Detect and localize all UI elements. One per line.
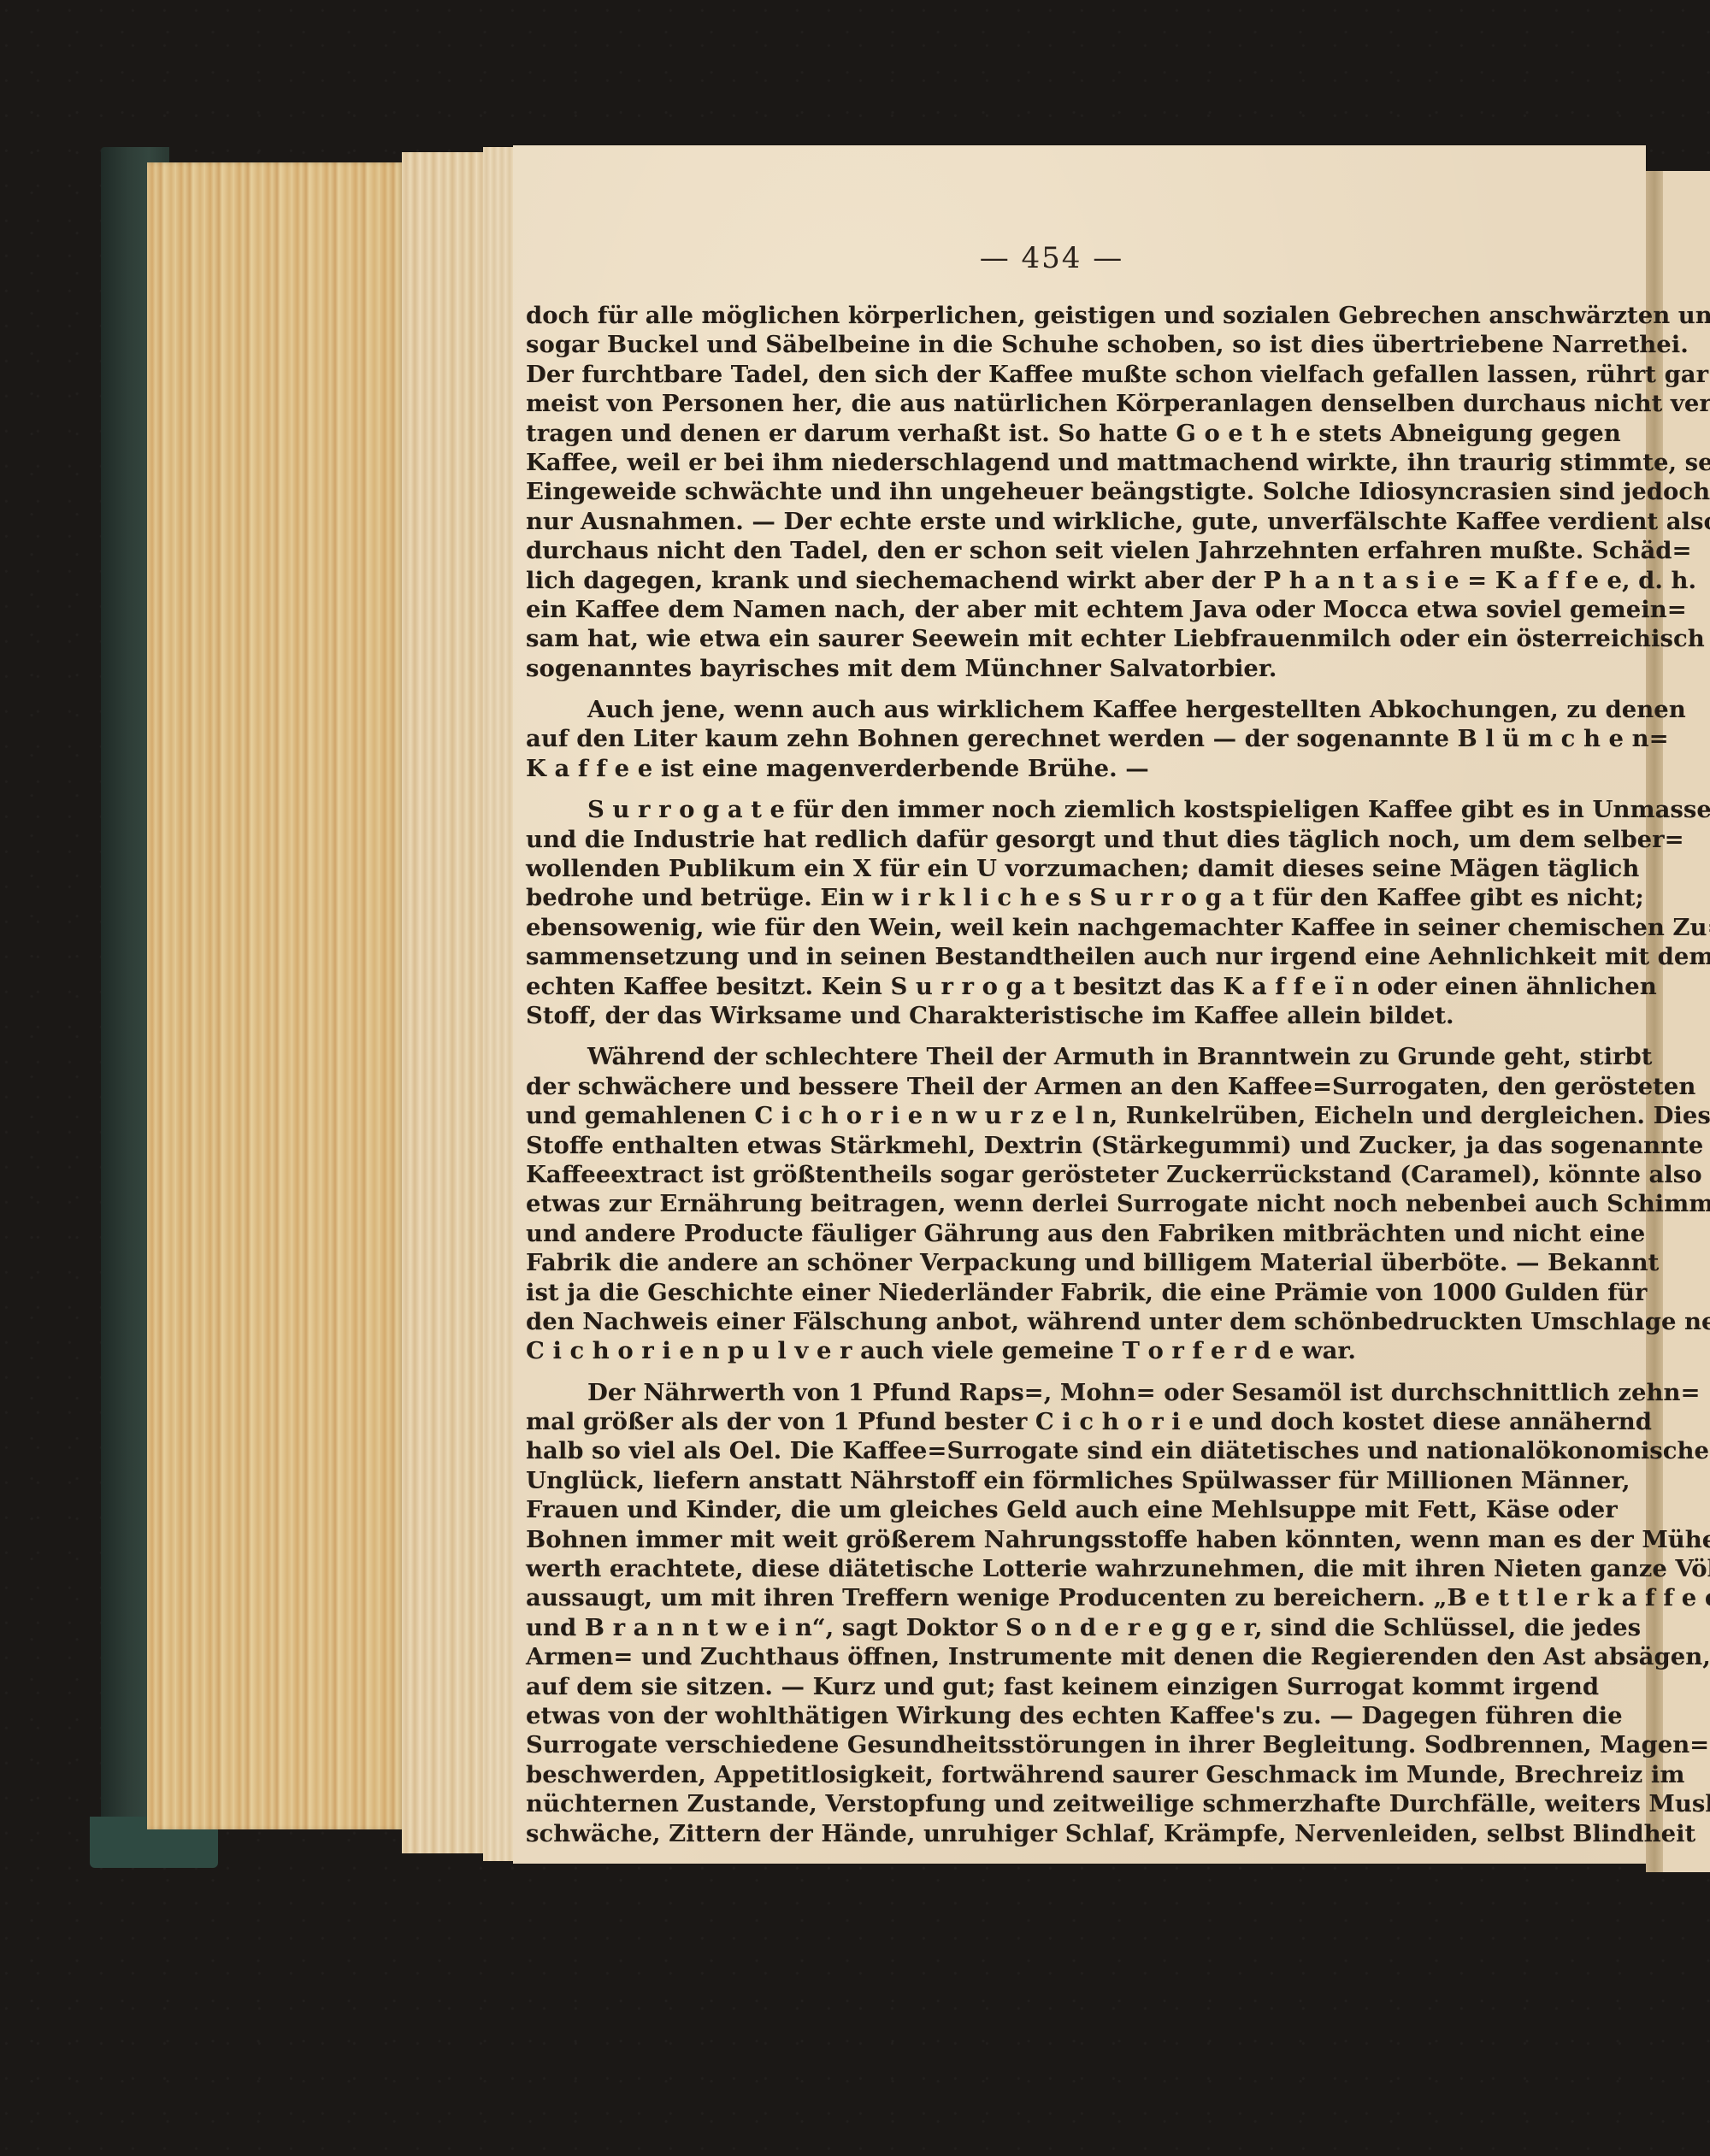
text-line: mal größer als der von 1 Pfund bester C … (526, 1407, 1590, 1436)
text-line: K a f f e e ist eine magenverderbende Br… (526, 754, 1590, 783)
text-line: S u r r o g a t e für den immer noch zie… (526, 795, 1590, 824)
page-edges-stack (147, 162, 404, 1829)
text-line: beschwerden, Appetitlosigkeit, fortwähre… (526, 1760, 1590, 1789)
text-line: den Nachweis einer Fälschung anbot, währ… (526, 1307, 1590, 1336)
text-line: sogenanntes bayrisches mit dem Münchner … (526, 654, 1590, 683)
text-line: der schwächere und bessere Theil der Arm… (526, 1072, 1590, 1101)
text-line: durchaus nicht den Tadel, den er schon s… (526, 536, 1590, 565)
text-line: meist von Personen her, die aus natürlic… (526, 389, 1590, 418)
text-line: etwas zur Ernährung beitragen, wenn derl… (526, 1189, 1590, 1218)
text-line: Kaffeeextract ist größtentheils sogar ge… (526, 1160, 1590, 1189)
text-line: und B r a n n t w e i n“, sagt Doktor S … (526, 1613, 1590, 1642)
text-line: Armen= und Zuchthaus öffnen, Instrumente… (526, 1642, 1590, 1671)
text-line: ist ja die Geschichte einer Niederländer… (526, 1278, 1590, 1307)
page-edges-stack-innermost (483, 147, 517, 1861)
paragraph-gap (526, 683, 1590, 695)
text-line: Der Nährwerth von 1 Pfund Raps=, Mohn= o… (526, 1378, 1590, 1407)
text-line: sogar Buckel und Säbelbeine in die Schuh… (526, 330, 1590, 359)
text-line: Eingeweide schwächte und ihn ungeheuer b… (526, 477, 1590, 506)
text-line: Auch jene, wenn auch aus wirklichem Kaff… (526, 695, 1590, 724)
text-line: sammensetzung und in seinen Bestandtheil… (526, 942, 1590, 971)
text-line: ein Kaffee dem Namen nach, der aber mit … (526, 595, 1590, 624)
text-line: etwas von der wohlthätigen Wirkung des e… (526, 1701, 1590, 1730)
text-line: ebensowenig, wie für den Wein, weil kein… (526, 913, 1590, 942)
text-line: echten Kaffee besitzt. Kein S u r r o g … (526, 972, 1590, 1001)
text-line: aussaugt, um mit ihren Treffern wenige P… (526, 1583, 1590, 1612)
text-line: schwäche, Zittern der Hände, unruhiger S… (526, 1819, 1590, 1848)
book-gutter (1646, 171, 1663, 1872)
paragraph-gap (526, 783, 1590, 795)
text-line: und andere Producte fäuliger Gährung aus… (526, 1219, 1590, 1248)
paragraph-gap (526, 1366, 1590, 1378)
paragraph: Der Nährwerth von 1 Pfund Raps=, Mohn= o… (526, 1378, 1590, 1848)
page-number: — 454 — (966, 241, 1137, 275)
text-line: Fabrik die andere an schöner Verpackung … (526, 1248, 1590, 1277)
text-line: halb so viel als Oel. Die Kaffee=Surroga… (526, 1436, 1590, 1465)
text-line: Unglück, liefern anstatt Nährstoff ein f… (526, 1466, 1590, 1495)
text-line: und die Industrie hat redlich dafür geso… (526, 825, 1590, 854)
text-line: lich dagegen, krank und siechemachend wi… (526, 566, 1590, 595)
paragraph: Auch jene, wenn auch aus wirklichem Kaff… (526, 695, 1590, 783)
text-line: Während der schlechtere Theil der Armuth… (526, 1042, 1590, 1071)
text-line: tragen und denen er darum verhaßt ist. S… (526, 419, 1590, 448)
text-line: Frauen und Kinder, die um gleiches Geld … (526, 1495, 1590, 1524)
text-line: und gemahlenen C i c h o r i e n w u r z… (526, 1101, 1590, 1130)
paragraph-gap (526, 1030, 1590, 1042)
text-line: Kaffee, weil er bei ihm niederschlagend … (526, 448, 1590, 477)
text-line: nüchternen Zustande, Verstopfung und zei… (526, 1789, 1590, 1818)
paragraph: Während der schlechtere Theil der Armuth… (526, 1042, 1590, 1365)
text-line: doch für alle möglichen körperlichen, ge… (526, 301, 1590, 330)
text-line: werth erachtete, diese diätetische Lotte… (526, 1554, 1590, 1583)
text-line: bedrohe und betrüge. Ein w i r k l i c h… (526, 883, 1590, 912)
text-line: C i c h o r i e n p u l v e r auch viele… (526, 1336, 1590, 1365)
text-line: Der furchtbare Tadel, den sich der Kaffe… (526, 360, 1590, 389)
paragraph: S u r r o g a t e für den immer noch zie… (526, 795, 1590, 1030)
text-line: auf den Liter kaum zehn Bohnen gerechnet… (526, 724, 1590, 753)
text-line: Stoff, der das Wirksame und Charakterist… (526, 1001, 1590, 1030)
paragraph: doch für alle möglichen körperlichen, ge… (526, 301, 1590, 683)
page-body-text: doch für alle möglichen körperlichen, ge… (526, 301, 1590, 1848)
text-line: Stoffe enthalten etwas Stärkmehl, Dextri… (526, 1131, 1590, 1160)
text-line: nur Ausnahmen. — Der echte erste und wir… (526, 507, 1590, 536)
text-line: Surrogate verschiedene Gesundheitsstörun… (526, 1730, 1590, 1759)
text-line: Bohnen immer mit weit größerem Nahrungss… (526, 1525, 1590, 1554)
text-line: sam hat, wie etwa ein saurer Seewein mit… (526, 624, 1590, 653)
text-line: wollenden Publikum ein X für ein U vorzu… (526, 854, 1590, 883)
text-line: auf dem sie sitzen. — Kurz und gut; fast… (526, 1672, 1590, 1701)
page-edges-stack-inner (402, 152, 487, 1853)
facing-page-edge (1663, 171, 1710, 1872)
